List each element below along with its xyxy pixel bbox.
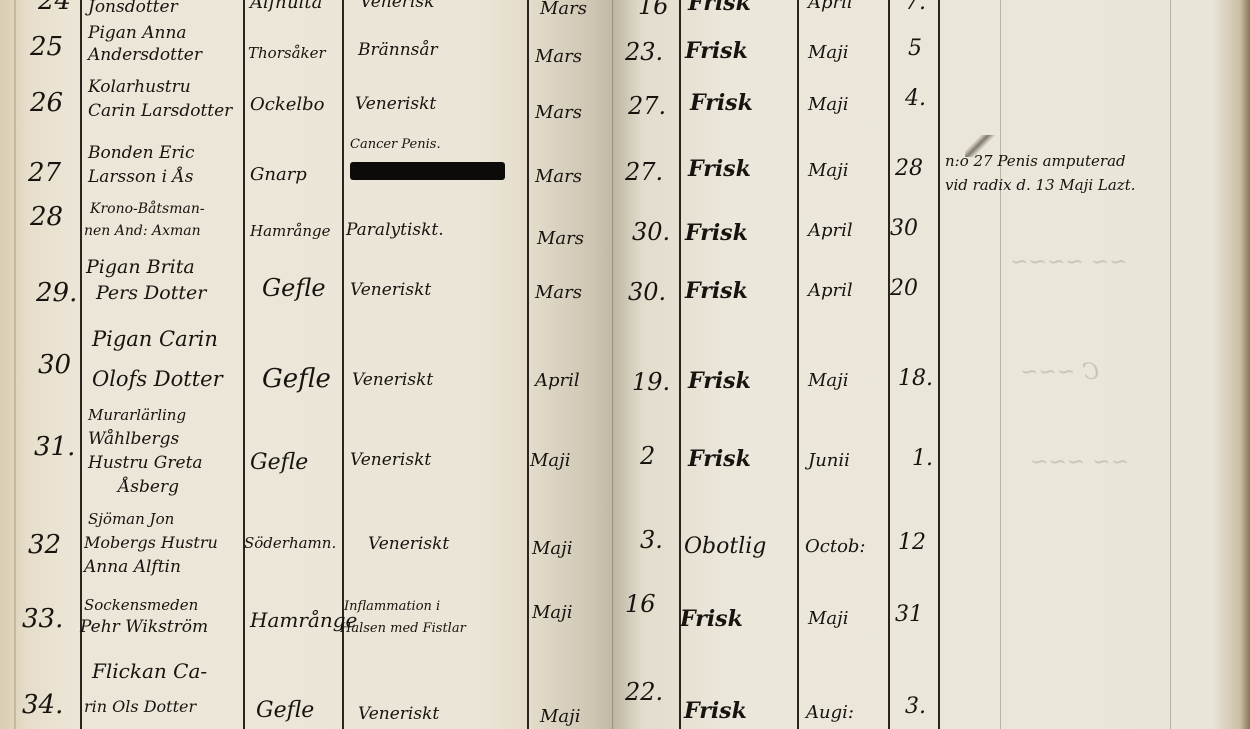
discharged-day: 1.: [912, 448, 933, 470]
admitted-day: 27.: [625, 160, 663, 184]
home-parish: Hamrånge: [250, 224, 331, 239]
entry-number: 30: [38, 352, 71, 378]
discharged-day: 4.: [905, 88, 926, 110]
patient-name: Jonsdotter: [88, 0, 178, 18]
admitted-day: 16: [638, 0, 669, 18]
diagnosis: Veneriskt: [352, 372, 433, 389]
diagnosis: Veneriskt: [358, 706, 439, 723]
entry-number: 34.: [22, 692, 63, 718]
discharged-month: April: [808, 282, 853, 300]
patient-name-line: Pigan Brita: [86, 256, 195, 278]
home-parish: Gefle: [262, 366, 331, 392]
admitted-month: Mars: [537, 230, 584, 248]
discharged-month: April: [808, 0, 853, 12]
home-parish: Gefle: [256, 700, 314, 722]
outcome: Frisk: [690, 92, 753, 114]
entry-number: 28: [30, 204, 63, 230]
discharged-month: Maji: [808, 96, 849, 114]
outcome: Frisk: [685, 280, 748, 302]
discharged-month: Maji: [808, 372, 849, 390]
patient-name-line: Pehr Wikström: [80, 616, 208, 638]
patient-name-line: Pigan Anna: [88, 22, 187, 44]
outcome: Frisk: [680, 608, 743, 630]
discharged-month: Maji: [808, 610, 849, 628]
discharged-month: Augi:: [806, 704, 854, 722]
admitted-month: Mars: [535, 284, 582, 302]
admitted-month: Maji: [540, 708, 581, 726]
discharged-month: April: [808, 222, 853, 240]
discharged-month: Octob:: [805, 538, 866, 556]
home-parish: Ockelbo: [250, 96, 325, 114]
home-parish: Thorsåker: [248, 46, 326, 61]
admitted-day: 30.: [632, 220, 670, 244]
discharged-day: 12: [898, 532, 926, 554]
diagnosis-line: Halsen med Fistlar: [340, 622, 466, 635]
patient-name-line: Sockensmeden: [84, 594, 198, 616]
column-rule: [888, 0, 890, 729]
outcome: Frisk: [685, 222, 748, 244]
home-parish: Alfhulta: [250, 0, 322, 12]
outcome: Frisk: [688, 370, 751, 392]
patient-name-line: Carin Larsdotter: [88, 100, 232, 122]
patient-name-line: Anna Alftin: [84, 556, 181, 578]
outcome: Frisk: [688, 158, 751, 180]
home-parish: Gnarp: [250, 166, 307, 184]
column-rule: [243, 0, 245, 729]
patient-name-line: Kolarhustru: [88, 76, 191, 98]
diagnosis: Veneriskt: [355, 96, 436, 113]
home-parish: Gefle: [250, 452, 308, 474]
diagnosis-line: Inflammation i: [344, 600, 440, 613]
patient-name-line: Wåhlbergs: [88, 428, 179, 450]
outcome: Frisk: [688, 448, 751, 470]
admitted-day: 3.: [640, 528, 663, 552]
discharged-day: 31: [895, 604, 923, 626]
outcome: Obotlig: [684, 536, 766, 558]
patient-name-line: nen And: Axman: [84, 220, 201, 242]
remark-line: vid radix d. 13 Maji Lazt.: [945, 174, 1136, 196]
patient-name-line: Murarlärling: [88, 404, 186, 426]
diagnosis: Veneriskt: [368, 536, 449, 553]
discharged-day: 18.: [898, 368, 933, 390]
book-gutter: [612, 0, 613, 729]
entry-number: 33.: [22, 606, 63, 632]
bleed-through-text: ~~ ~~~: [1030, 450, 1129, 475]
patient-name-line: rin Ols Dotter: [84, 696, 196, 718]
home-parish: Gefle: [262, 276, 326, 300]
discharged-day: 28: [895, 158, 923, 180]
outcome: Frisk: [688, 0, 751, 14]
entry-number: 29.: [36, 280, 77, 306]
diagnosis: Cancer Penis.: [350, 138, 441, 151]
discharged-month: Maji: [808, 44, 849, 62]
faint-rule: [1170, 0, 1171, 729]
page-edge-fold: [14, 0, 16, 729]
discharged-day: 5: [908, 38, 922, 60]
diagnosis: Venerisk: [360, 0, 434, 11]
admitted-month: Mars: [535, 168, 582, 186]
patient-name-line: Pers Dotter: [96, 282, 206, 304]
entry-number: 26: [30, 90, 63, 116]
admitted-month: Maji: [532, 540, 573, 558]
remark-line: n:o 27 Penis amputerad: [945, 150, 1126, 172]
admitted-day: 2: [640, 444, 655, 468]
patient-name-line: Åsberg: [118, 476, 179, 498]
column-rule: [527, 0, 529, 729]
patient-name-line: Pigan Carin: [92, 328, 218, 350]
discharged-day: 7.: [905, 0, 926, 14]
entry-number: 32: [28, 532, 61, 558]
admitted-month: April: [535, 372, 580, 390]
patient-name-line: Mobergs Hustru: [84, 532, 218, 554]
entry-number: 31.: [34, 434, 75, 460]
patient-name-line: Hustru Greta: [88, 452, 203, 474]
column-rule: [938, 0, 940, 729]
patient-name-line: Sjöman Jon: [88, 508, 174, 530]
admitted-day: 23.: [625, 40, 663, 64]
admitted-day: 30.: [628, 280, 666, 304]
discharged-day: 30: [890, 218, 918, 240]
admitted-month: Maji: [532, 604, 573, 622]
discharged-day: 3.: [905, 696, 926, 718]
admitted-day: 16: [625, 592, 656, 616]
patient-name-line: Krono-Båtsman-: [90, 198, 205, 220]
admitted-day: 22.: [625, 680, 663, 704]
diagnosis: Veneriskt: [350, 452, 431, 469]
patient-name-line: Bonden Eric: [88, 142, 194, 164]
admitted-month: Mars: [535, 48, 582, 66]
admitted-day: 27.: [628, 94, 666, 118]
patient-name-line: Andersdotter: [88, 44, 202, 66]
admitted-month: Maji: [530, 452, 571, 470]
entry-number: 27: [28, 160, 61, 186]
entry-number: 25: [30, 34, 63, 60]
faint-rule: [1000, 0, 1001, 729]
diagnosis: Brännsår: [358, 42, 438, 59]
outcome: Frisk: [684, 700, 747, 722]
column-rule: [797, 0, 799, 729]
bleed-through-text: C ~~~: [1020, 360, 1099, 385]
admitted-month: Mars: [535, 104, 582, 122]
admitted-month: Mars: [540, 0, 587, 18]
admitted-day: 19.: [632, 370, 670, 394]
discharged-month: Junii: [808, 452, 850, 470]
outcome: Frisk: [685, 40, 748, 62]
patient-name-line: Flickan Ca-: [92, 660, 207, 682]
diagnosis: Veneriskt: [350, 282, 431, 299]
discharged-month: Maji: [808, 162, 849, 180]
patient-name-line: Olofs Dotter: [92, 368, 223, 390]
diagnosis: Paralytiskt.: [346, 222, 444, 239]
discharged-day: 20: [890, 278, 918, 300]
bleed-through-text: ~~ ~~~~: [1010, 250, 1128, 275]
home-parish: Söderhamn.: [244, 536, 336, 551]
redaction-bar: [350, 162, 505, 180]
entry-number: 24: [38, 0, 71, 14]
patient-name-line: Larsson i Ås: [88, 166, 193, 188]
